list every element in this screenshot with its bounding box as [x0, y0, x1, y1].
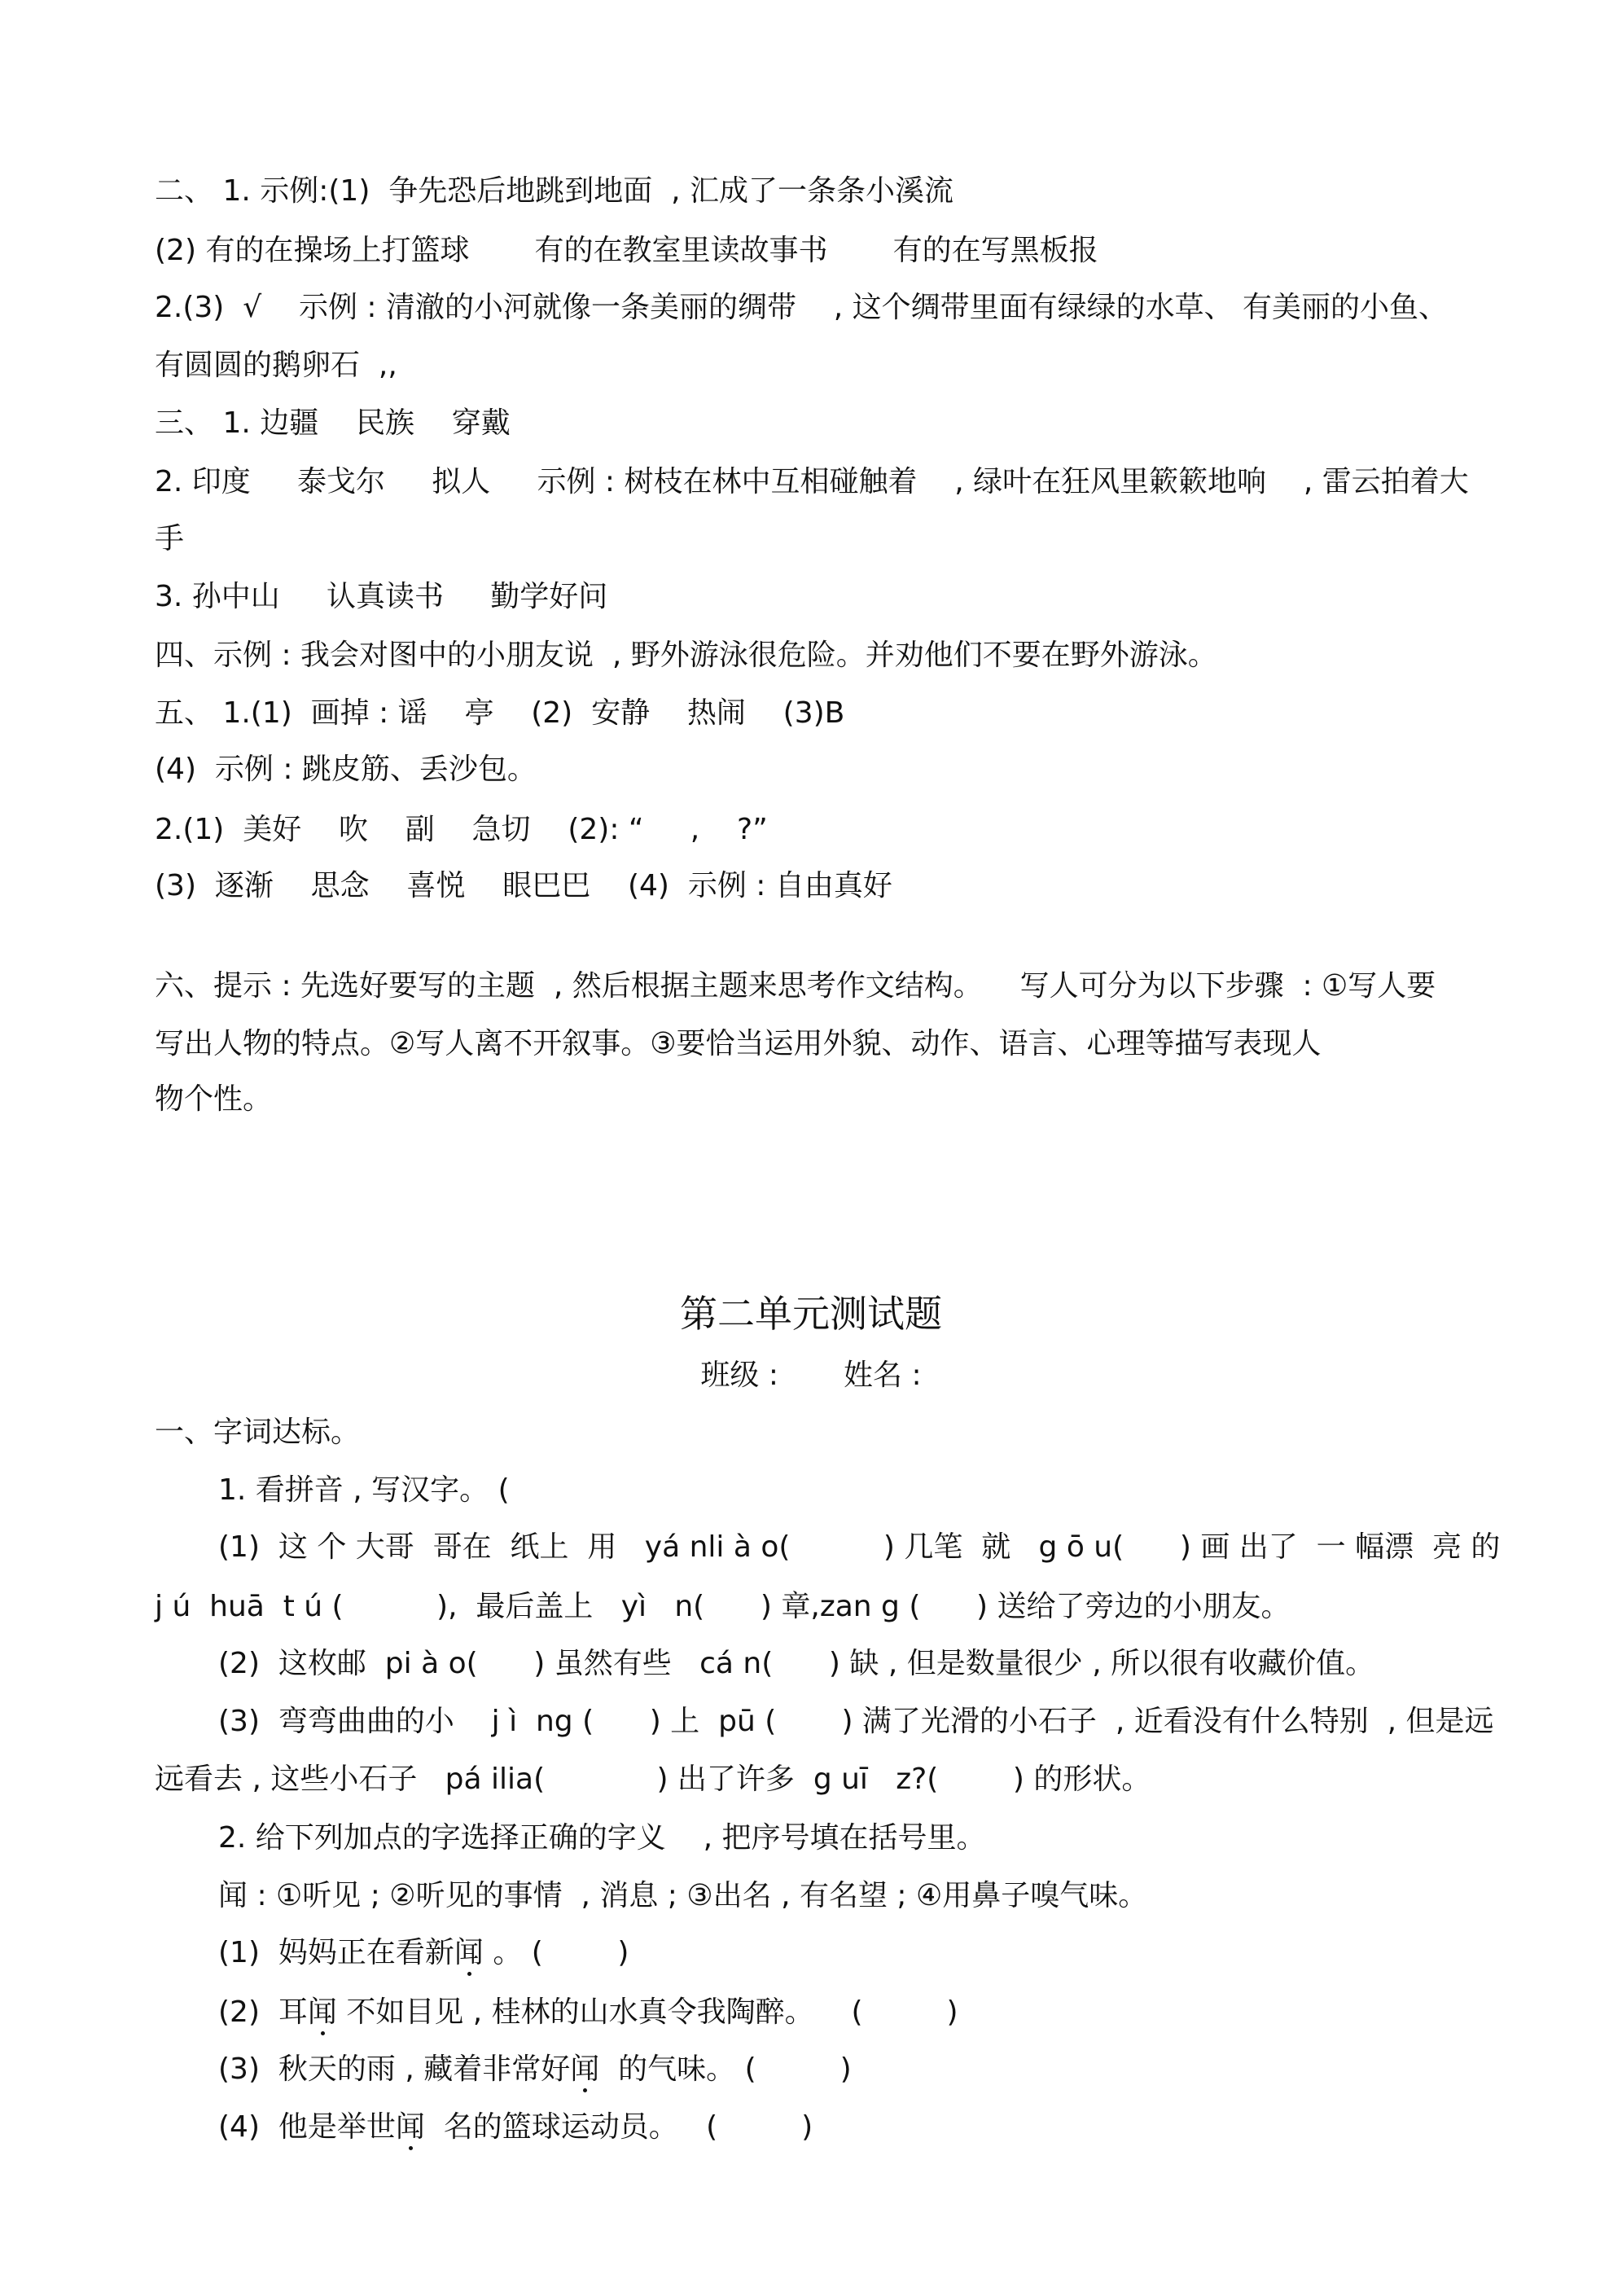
answer-line: 四、示例 : 我会对图中的小朋友说 , 野外游泳很危险。并劝他们不要在野外游泳。 — [155, 638, 1217, 674]
question-item: (4) 他是举世闻 名的篮球运动员。 ( ) — [218, 2109, 813, 2145]
page-title: 第二单元测试题 — [0, 1291, 1622, 1337]
answer-line: 二、 1. 示例:(1) 争先恐后地跳到地面 , 汇成了一条条小溪流 — [155, 173, 953, 209]
answer-line: 2.(3) √ 示例 : 清澈的小河就像一条美丽的绸带 , 这个绸带里面有绿绿的… — [155, 290, 1448, 326]
answer-blank: 名的篮球运动员。 ( ) — [425, 2110, 813, 2144]
answer-blank: 。 ( ) — [484, 1936, 629, 1969]
class-name-fields: 班级 : 姓名 : — [0, 1358, 1622, 1394]
answer-line: 五、 1.(1) 画掉 : 谣 亭 (2) 安静 热闹 (3)B — [155, 696, 844, 731]
answer-line: 2.(1) 美好 吹 副 急切 (2): “ , ?” — [155, 812, 768, 848]
question-item: (2) 耳闻 不如目见 , 桂林的山水真令我陶醉。 ( ) — [218, 1995, 958, 2030]
answer-line: 物个性。 — [155, 1082, 272, 1117]
definitions-line: 闻 : ①听见 ; ②听见的事情 , 消息 ; ③出名 , 有名望 ; ④用鼻子… — [218, 1878, 1147, 1914]
answer-blank: 的气味。 ( ) — [599, 2052, 851, 2086]
question-heading: 1. 看拼音 , 写汉字。 ( — [218, 1473, 510, 1508]
answer-line: 手 — [155, 521, 184, 557]
answer-line: (2) 有的在操场上打篮球 有的在教室里读故事书 有的在写黑板报 — [155, 233, 1098, 269]
section-heading: 一、字词达标。 — [155, 1415, 360, 1451]
question-item: (1) 妈妈正在看新闻 。 ( ) — [218, 1935, 629, 1971]
question-line: 远看去 , 这些小石子 pá ilia( ) 出了许多 g uī z?( ) 的… — [155, 1762, 1151, 1798]
item-text: (1) 妈妈正在看新 — [218, 1936, 454, 1969]
question-line: j ú huā t ú ( ), 最后盖上 yì n( ) 章,zan g ( … — [155, 1589, 1291, 1625]
emphasized-char: 闻 — [396, 2110, 425, 2144]
answer-line: (4) 示例 : 跳皮筋、丢沙包。 — [155, 752, 537, 788]
answer-line: 有圆圆的鹅卵石 ,, — [155, 348, 397, 384]
answer-line: (3) 逐渐 思念 喜悦 眼巴巴 (4) 示例 : 自由真好 — [155, 868, 892, 904]
answer-line: 2. 印度 泰戈尔 拟人 示例 : 树枝在林中互相碰触着 , 绿叶在狂风里簌簌地… — [155, 464, 1469, 500]
answer-blank: 不如目见 , 桂林的山水真令我陶醉。 ( ) — [337, 1995, 958, 2029]
item-text: (2) 耳 — [218, 1995, 308, 2029]
answer-line: 3. 孙中山 认真读书 勤学好问 — [155, 579, 607, 615]
question-line: (2) 这枚邮 pi à o( ) 虽然有些 cá n( ) 缺 , 但是数量很… — [218, 1646, 1374, 1682]
question-heading: 2. 给下列加点的字选择正确的字义 , 把序号填在括号里。 — [218, 1820, 985, 1856]
emphasized-char: 闻 — [454, 1936, 484, 1969]
answer-line: 写出人物的特点。②写人离不开叙事。③要恰当运用外貌、动作、语言、心理等描写表现人 — [155, 1026, 1322, 1062]
question-line: (1) 这 个 大哥 哥在 纸上 用 yá nli à o( ) 几笔 就 g … — [218, 1530, 1500, 1565]
item-text: (3) 秋天的雨 , 藏着非常好 — [218, 2052, 570, 2086]
answer-line: 六、提示 : 先选好要写的主题 , 然后根据主题来思考作文结构。 写人可分为以下… — [155, 968, 1436, 1004]
emphasized-char: 闻 — [308, 1995, 337, 2029]
emphasized-char: 闻 — [570, 2052, 599, 2086]
question-line: (3) 弯弯曲曲的小 j ì ng ( ) 上 pū ( ) 满了光滑的小石子 … — [218, 1704, 1493, 1740]
answer-line: 三、 1. 边疆 民族 穿戴 — [155, 406, 511, 441]
item-text: (4) 他是举世 — [218, 2110, 396, 2144]
question-item: (3) 秋天的雨 , 藏着非常好闻 的气味。 ( ) — [218, 2052, 852, 2087]
